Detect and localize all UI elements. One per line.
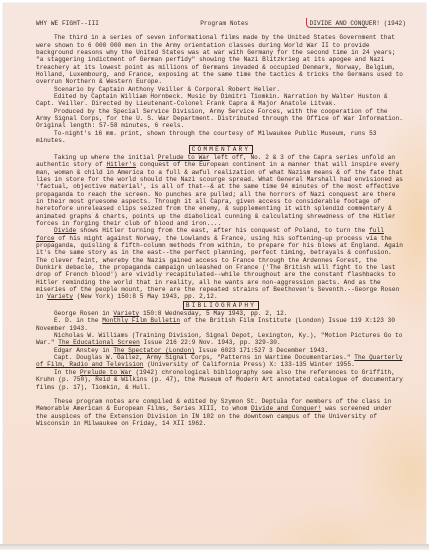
credits-scenario: Scenario by Captain Anthony Veiller & Co… [36,86,406,93]
series-title: WHY WE FIGHT--III [36,20,99,27]
bibliography-entry: In the Prelude to War (1942) chronologic… [36,369,406,391]
page-header: WHY WE FIGHT--III Program Notes DIVIDE A… [36,20,406,27]
credits-production: Produced by the Special Service Division… [36,108,406,130]
film-reference: Divide and Conquer! [251,405,321,412]
commentary-paragraph-2: Divide shows Hitler turning from the eas… [36,227,406,300]
bibliography-entry: Capt. Douglas W. Gallez, Army Signal Cor… [36,354,406,369]
bibliography-entry: Nicholas W. Williams (Training Division,… [36,332,406,347]
compiler-footer-note: These program notes are compiled & edite… [36,398,406,427]
scanner-bed-edge [0,544,429,550]
publication-reference: Variety [47,293,73,300]
film-reference: Prelude to War [158,154,210,161]
bibliography-entry: George Rosen in Variety 150:8 Wednesday,… [36,310,406,317]
credits-crew: Edited by Captain William Hornbeck. Musi… [36,93,406,108]
program-notes-document: WHY WE FIGHT--III Program Notes DIVIDE A… [36,20,406,427]
spacer [36,391,406,398]
film-title-block: DIVIDE AND CONQUER! (1942) [310,20,406,27]
commentary-heading: COMMENTARY [36,146,406,153]
bibliography-heading: BIBLIOGRAPHY [36,302,406,309]
bibliography-entry: E. D. in the Monthly Film Bulletin of th… [36,317,406,332]
intro-paragraph: The third in a series of seven informati… [36,34,406,85]
document-type: Program Notes [200,20,248,27]
red-pencil-mark [306,18,367,28]
screening-note: To-night's 16 mm. print, shown through t… [36,130,406,145]
bibliography-entry: Edgar Anstey in The Spectator (London) I… [36,347,406,354]
film-year: (1942) [384,20,406,27]
commentary-paragraph-1: Taking up where the initial Prelude to W… [36,154,406,227]
film-reference: Divide [54,227,76,234]
